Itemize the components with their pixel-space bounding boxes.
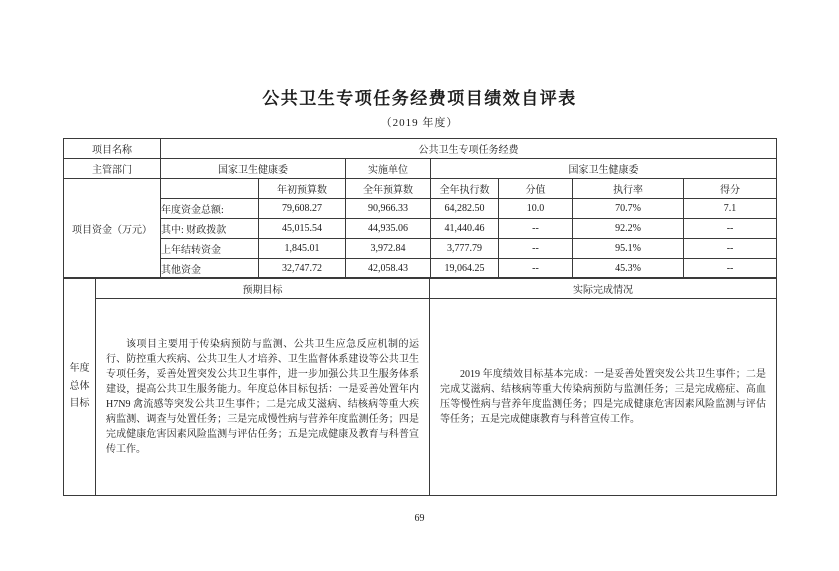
funds-section-label: 项目资金（万元） (64, 179, 161, 279)
col-header-score: 得分 (684, 179, 777, 199)
row-label-fiscal: 其中: 财政拨款 (161, 219, 259, 239)
cell-value: 7.1 (684, 199, 777, 219)
cell-value: -- (684, 219, 777, 239)
goals-header-row: 年度总体目标 预期目标 实际完成情况 (64, 278, 777, 299)
cell-value: -- (684, 239, 777, 259)
annual-goal-label: 年度总体目标 (69, 360, 91, 413)
cell-value: 3,777.79 (431, 239, 499, 259)
col-header-annual-execution: 全年执行数 (431, 179, 499, 199)
cell-value: 64,282.50 (431, 199, 499, 219)
cell-value: -- (499, 259, 573, 279)
cell-value: 1,845.01 (259, 239, 346, 259)
goals-body-row: 该项目主要用于传染病预防与监测、公共卫生应急反应机制的运行、防控重大疾病、公共卫… (64, 299, 777, 496)
row-label-other: 其他资金 (161, 259, 259, 279)
funds-empty-cell (161, 179, 259, 199)
goals-table: 年度总体目标 预期目标 实际完成情况 该项目主要用于传染病预防与监测、公共卫生应… (63, 277, 777, 496)
funds-row-carryover: 上年结转资金 1,845.01 3,972.84 3,777.79 -- 95.… (64, 239, 777, 259)
funding-table: 项目名称 公共卫生专项任务经费 主管部门 国家卫生健康委 实施单位 国家卫生健康… (63, 138, 777, 279)
document-subtitle: （2019 年度） (0, 114, 839, 130)
row-label-carryover: 上年结转资金 (161, 239, 259, 259)
actual-completion-header: 实际完成情况 (430, 278, 777, 299)
col-header-annual-budget: 全年预算数 (346, 179, 431, 199)
expected-goal-header: 预期目标 (96, 278, 430, 299)
cell-value: 90,966.33 (346, 199, 431, 219)
cell-value: 19,064.25 (431, 259, 499, 279)
cell-value: 45,015.54 (259, 219, 346, 239)
cell-value: 41,440.46 (431, 219, 499, 239)
cell-value: 32,747.72 (259, 259, 346, 279)
cell-value: -- (499, 219, 573, 239)
impl-unit-value: 国家卫生健康委 (431, 159, 777, 179)
cell-value: 95.1% (573, 239, 684, 259)
page-number: 69 (0, 513, 839, 524)
cell-value: 79,608.27 (259, 199, 346, 219)
expected-goal-cell: 该项目主要用于传染病预防与监测、公共卫生应急反应机制的运行、防控重大疾病、公共卫… (96, 299, 430, 496)
col-header-score-value: 分值 (499, 179, 573, 199)
cell-value: -- (499, 239, 573, 259)
document-title: 公共卫生专项任务经费项目绩效自评表 (0, 84, 839, 109)
impl-unit-label: 实施单位 (346, 159, 431, 179)
funds-row-fiscal: 其中: 财政拨款 45,015.54 44,935.06 41,440.46 -… (64, 219, 777, 239)
cell-value: 92.2% (573, 219, 684, 239)
expected-goal-text: 该项目主要用于传染病预防与监测、公共卫生应急反应机制的运行、防控重大疾病、公共卫… (96, 337, 429, 457)
cell-value: 44,935.06 (346, 219, 431, 239)
cell-value: -- (684, 259, 777, 279)
department-row: 主管部门 国家卫生健康委 实施单位 国家卫生健康委 (64, 159, 777, 179)
department-value: 国家卫生健康委 (161, 159, 346, 179)
department-label: 主管部门 (64, 159, 161, 179)
cell-value: 3,972.84 (346, 239, 431, 259)
funds-row-other: 其他资金 32,747.72 42,058.43 19,064.25 -- 45… (64, 259, 777, 279)
cell-value: 70.7% (573, 199, 684, 219)
document-page: 公共卫生专项任务经费项目绩效自评表 （2019 年度） 项目名称 公共卫生专项任… (0, 0, 839, 571)
project-name-value: 公共卫生专项任务经费 (161, 139, 777, 159)
row-label-total: 年度资金总额: (161, 199, 259, 219)
col-header-execution-rate: 执行率 (573, 179, 684, 199)
annual-goal-label-cell: 年度总体目标 (64, 278, 96, 496)
actual-completion-text: 2019 年度绩效目标基本完成：一是妥善处置突发公共卫生事件；二是完成艾滋病、结… (430, 367, 776, 427)
actual-completion-cell: 2019 年度绩效目标基本完成：一是妥善处置突发公共卫生事件；二是完成艾滋病、结… (430, 299, 777, 496)
funds-row-total: 年度资金总额: 79,608.27 90,966.33 64,282.50 10… (64, 199, 777, 219)
funds-header-row: 项目资金（万元） 年初预算数 全年预算数 全年执行数 分值 执行率 得分 (64, 179, 777, 199)
cell-value: 45.3% (573, 259, 684, 279)
cell-value: 42,058.43 (346, 259, 431, 279)
project-name-label: 项目名称 (64, 139, 161, 159)
col-header-initial-budget: 年初预算数 (259, 179, 346, 199)
project-name-row: 项目名称 公共卫生专项任务经费 (64, 139, 777, 159)
title-block: 公共卫生专项任务经费项目绩效自评表 （2019 年度） (0, 84, 839, 130)
cell-value: 10.0 (499, 199, 573, 219)
